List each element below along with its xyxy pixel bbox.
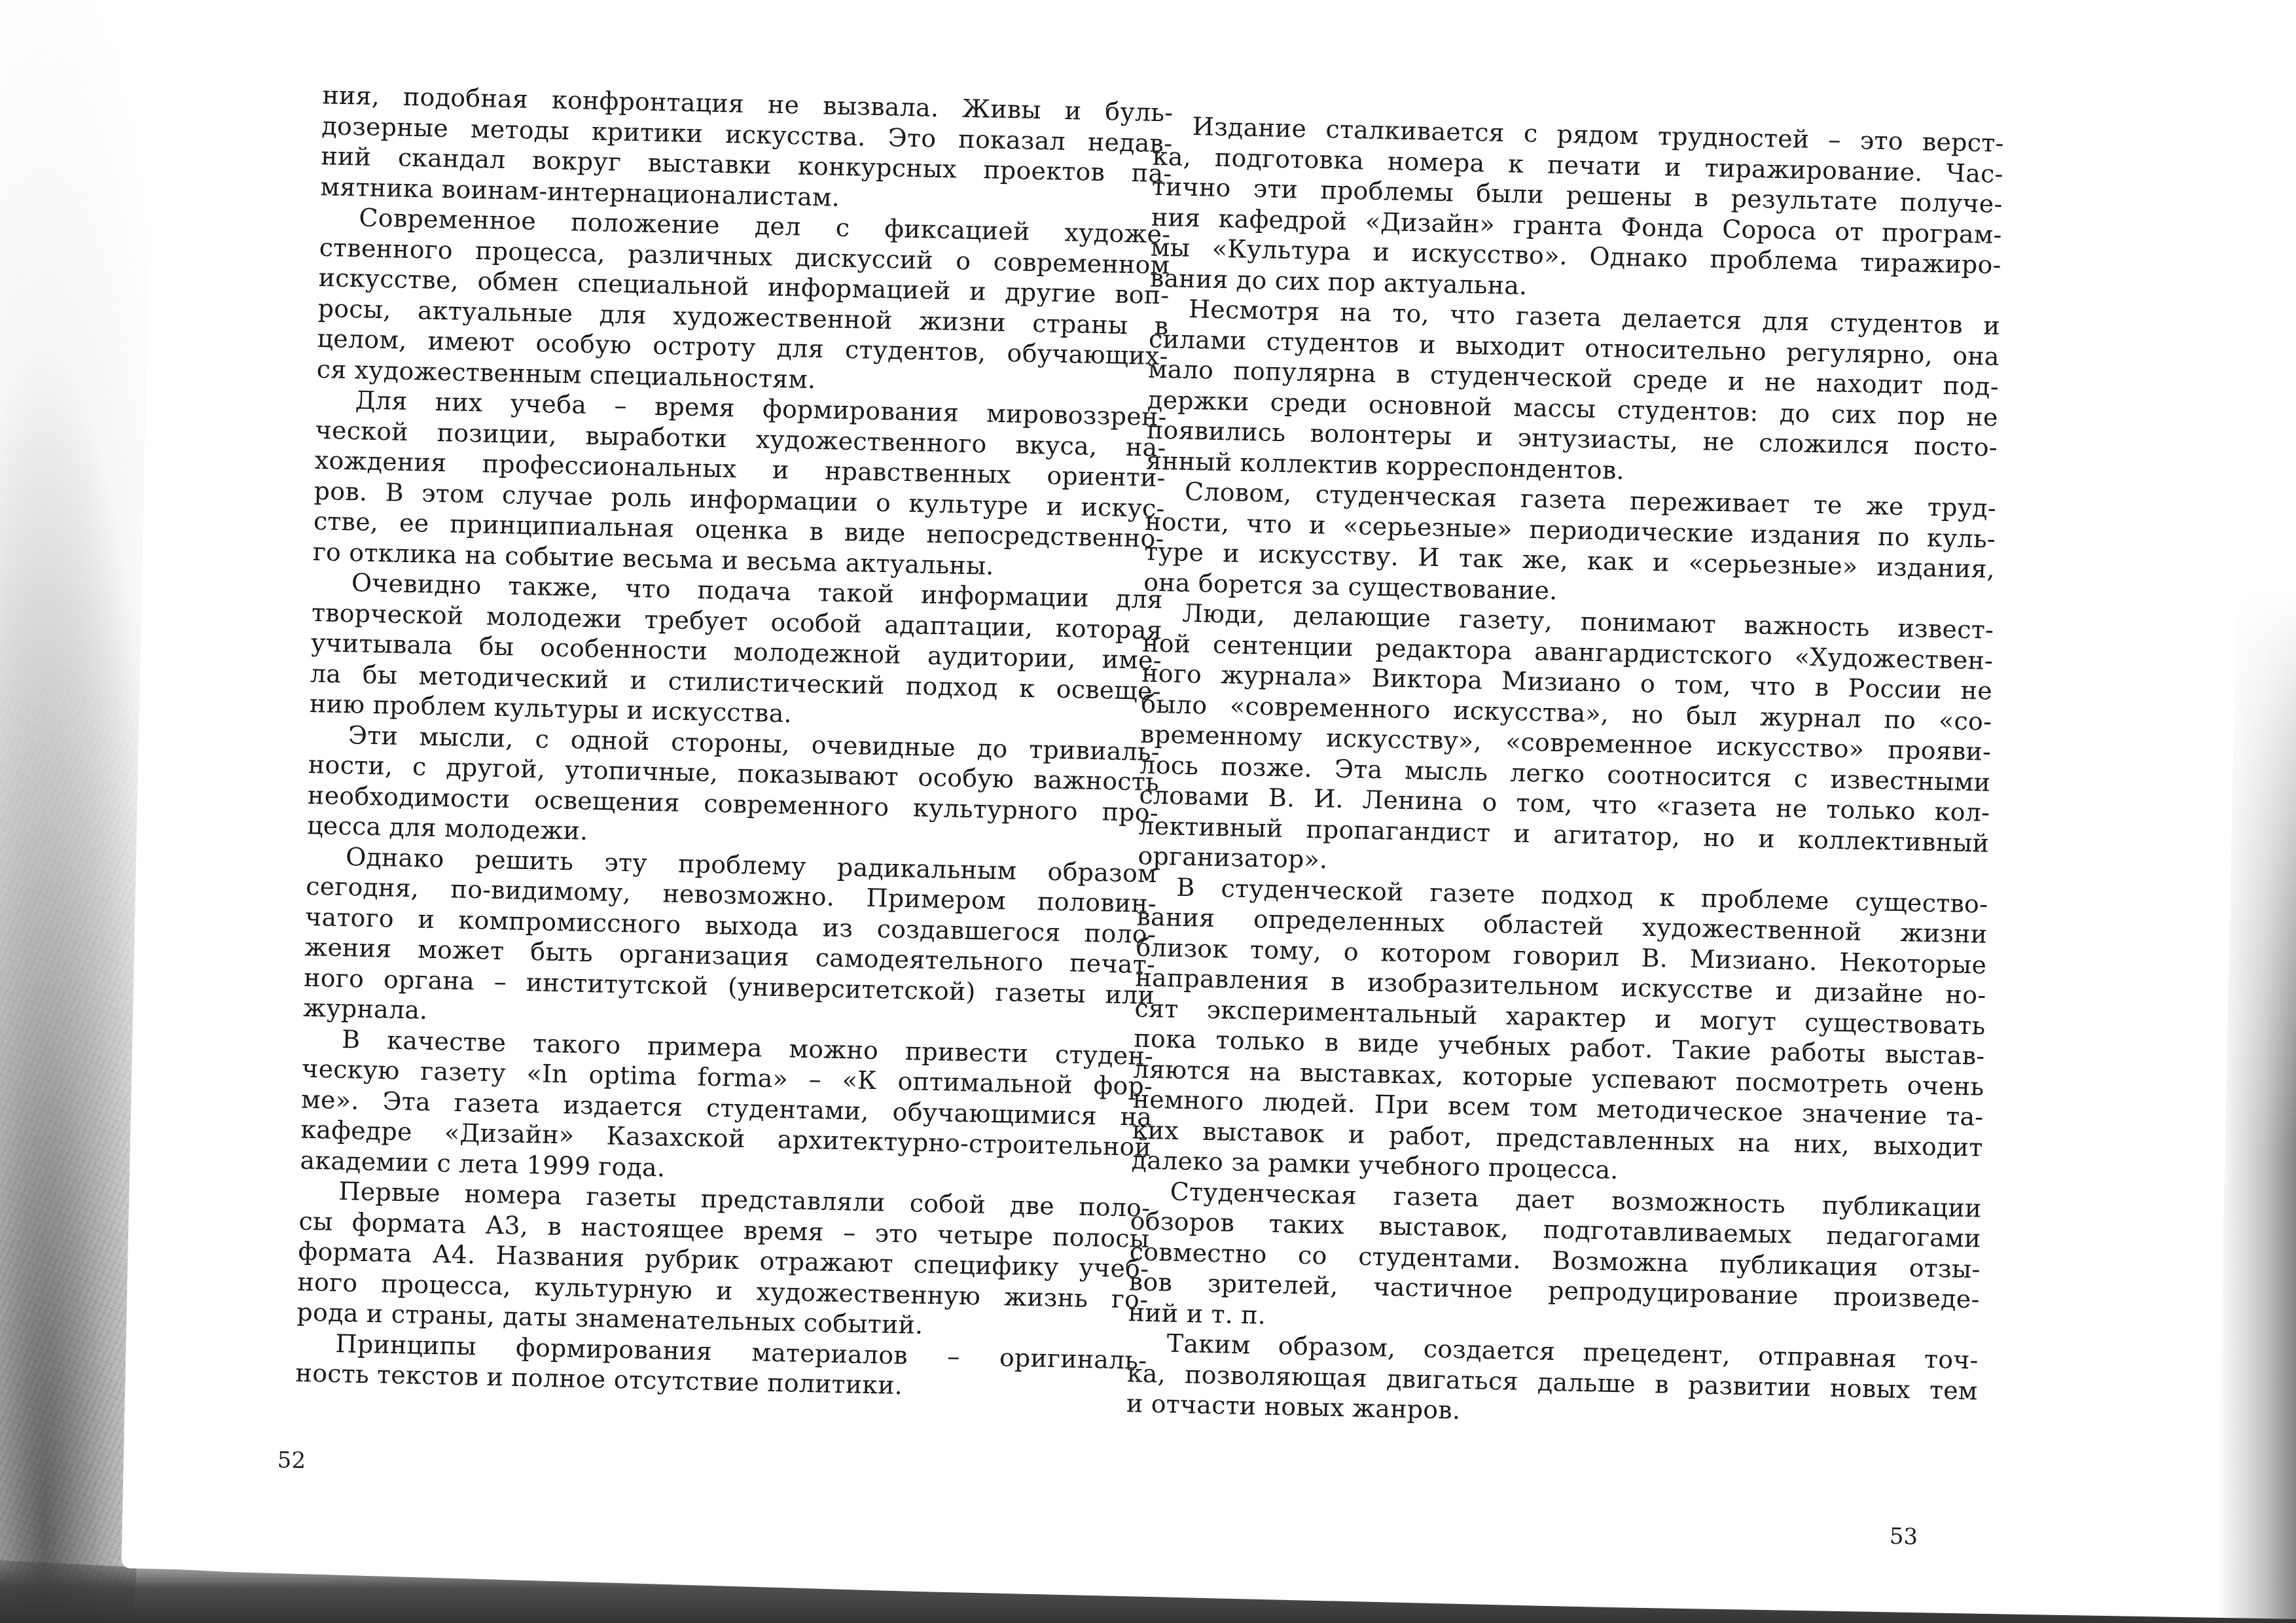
left-page-text-column: ния, подобная конфронтация не вызвала. Ж… [295, 80, 1174, 1406]
page-number-left: 52 [277, 1447, 306, 1474]
book-spread: ния, подобная конфронтация не вызвала. Ж… [121, 5, 2248, 1612]
right-page-text-column: Издание сталкивается с рядом трудностей … [1126, 111, 2004, 1436]
page-number-right: 53 [1890, 1524, 1918, 1550]
